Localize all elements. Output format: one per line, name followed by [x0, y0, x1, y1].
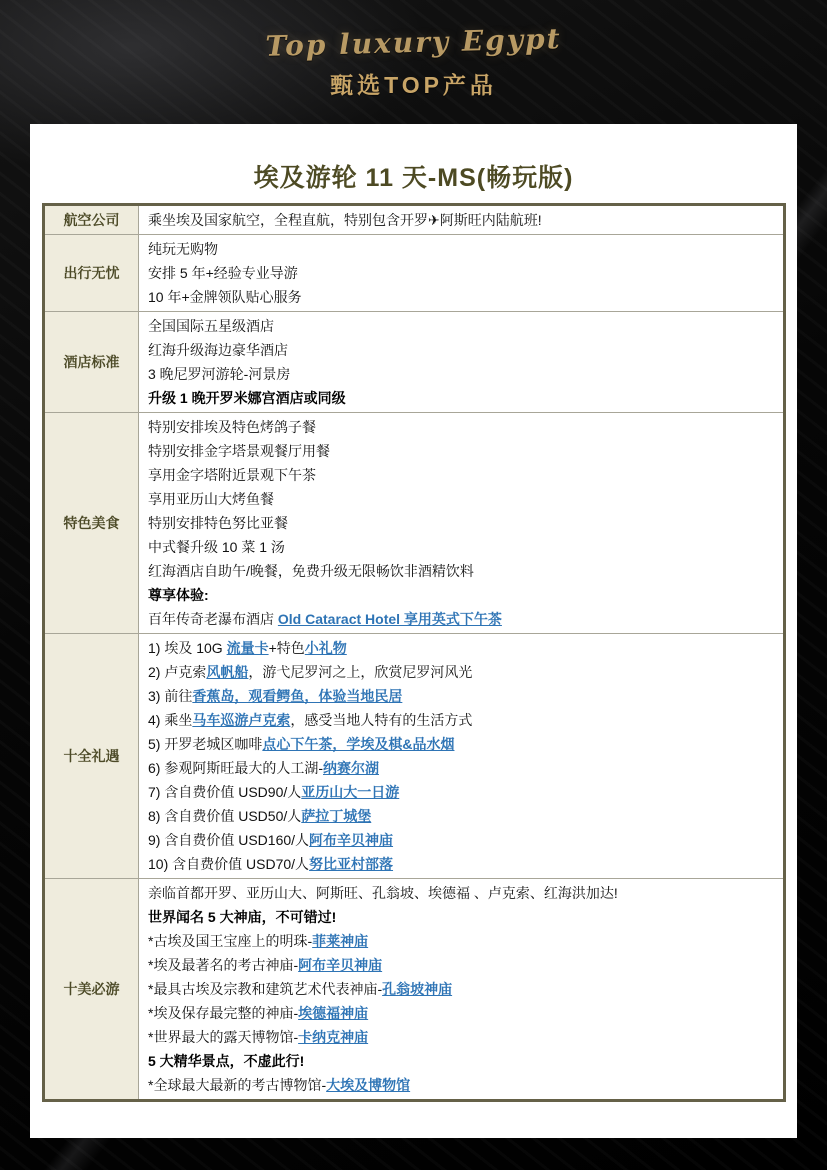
text: 6) 参观阿斯旺最大的人工湖-: [148, 760, 323, 776]
content-line: 亲临首都开罗、亚历山大、阿斯旺、孔翁坡、埃德福 、卢克索、红海洪加达!: [148, 881, 777, 905]
text: +特色: [269, 640, 305, 656]
text: 3) 前往: [148, 688, 192, 704]
table-row: 十全礼遇1) 埃及 10G 流量卡+特色小礼物2) 卢克索风帆船，游弋尼罗河之上…: [44, 634, 785, 879]
text: 纯玩无购物: [148, 241, 218, 257]
row-label: 酒店标准: [44, 312, 139, 413]
content-line: 红海升级海边豪华酒店: [148, 338, 777, 362]
link-text[interactable]: 孔翁坡神庙: [382, 981, 452, 997]
text: 10 年+金牌领队贴心服务: [148, 289, 302, 305]
content-line: 全国国际五星级酒店: [148, 314, 777, 338]
row-label: 十美必游: [44, 879, 139, 1101]
content-line: 尊享体验:: [148, 583, 777, 607]
content-line: 红海酒店自助午/晚餐，免费升级无限畅饮非酒精饮料: [148, 559, 777, 583]
content-line: 世界闻名 5 大神庙，不可错过!: [148, 905, 777, 929]
text: 特别安排特色努比亚餐: [148, 515, 288, 531]
content-line: 百年传奇老瀑布酒店 Old Cataract Hotel 享用英式下午茶: [148, 607, 777, 631]
link-text[interactable]: 小礼物: [305, 640, 347, 656]
content-line: 8) 含自费价值 USD50/人萨拉丁城堡: [148, 804, 777, 828]
row-content: 纯玩无购物安排 5 年+经验专业导游10 年+金牌领队贴心服务: [139, 235, 785, 312]
link-text[interactable]: 阿布辛贝神庙: [298, 957, 382, 973]
content-line: *全球最大最新的考古博物馆-大埃及博物馆: [148, 1073, 777, 1097]
table-row: 酒店标准全国国际五星级酒店红海升级海边豪华酒店3 晚尼罗河游轮-河景房升级 1 …: [44, 312, 785, 413]
text: 9) 含自费价值 USD160/人: [148, 832, 309, 848]
text: 红海酒店自助午/晚餐，免费升级无限畅饮非酒精饮料: [148, 563, 474, 579]
bold-text: 5 大精华景点，不虚此行!: [148, 1053, 304, 1069]
text: *埃及最著名的考古神庙-: [148, 957, 298, 973]
content-line: 2) 卢克索风帆船，游弋尼罗河之上，欣赏尼罗河风光: [148, 660, 777, 684]
content-line: 安排 5 年+经验专业导游: [148, 261, 777, 285]
brand-header: Top luxury Egypt 甄选TOP产品: [0, 26, 827, 100]
text: *最具古埃及宗教和建筑艺术代表神庙-: [148, 981, 382, 997]
link-text[interactable]: 萨拉丁城堡: [301, 808, 371, 824]
text: 1) 埃及 10G: [148, 640, 227, 656]
text: 特别安排金字塔景观餐厅用餐: [148, 443, 330, 459]
content-card: 埃及游轮 11 天-MS(畅玩版) 航空公司乘坐埃及国家航空，全程直航，特别包含…: [30, 124, 797, 1138]
content-line: *埃及最著名的考古神庙-阿布辛贝神庙: [148, 953, 777, 977]
content-line: *最具古埃及宗教和建筑艺术代表神庙-孔翁坡神庙: [148, 977, 777, 1001]
content-line: 3) 前往香蕉岛，观看鳄鱼，体验当地民居: [148, 684, 777, 708]
content-line: 升级 1 晚开罗米娜宫酒店或同级: [148, 386, 777, 410]
content-line: 特别安排埃及特色烤鸽子餐: [148, 415, 777, 439]
text: 中式餐升级 10 菜 1 汤: [148, 539, 285, 555]
text: 8) 含自费价值 USD50/人: [148, 808, 301, 824]
text: 7) 含自费价值 USD90/人: [148, 784, 301, 800]
content-line: 乘坐埃及国家航空，全程直航，特别包含开罗✈阿斯旺内陆航班!: [148, 208, 777, 232]
row-content: 1) 埃及 10G 流量卡+特色小礼物2) 卢克索风帆船，游弋尼罗河之上，欣赏尼…: [139, 634, 785, 879]
text: 全国国际五星级酒店: [148, 318, 274, 334]
link-text[interactable]: 卡纳克神庙: [298, 1029, 368, 1045]
content-line: 5 大精华景点，不虚此行!: [148, 1049, 777, 1073]
row-content: 全国国际五星级酒店红海升级海边豪华酒店3 晚尼罗河游轮-河景房升级 1 晚开罗米…: [139, 312, 785, 413]
link-text[interactable]: 风帆船: [206, 664, 248, 680]
content-line: 享用金字塔附近景观下午茶: [148, 463, 777, 487]
text: 安排 5 年+经验专业导游: [148, 265, 298, 281]
content-line: 特别安排金字塔景观餐厅用餐: [148, 439, 777, 463]
text: ，感受当地人特有的生活方式: [290, 712, 472, 728]
text: 特别安排埃及特色烤鸽子餐: [148, 419, 316, 435]
text: 百年传奇老瀑布酒店: [148, 611, 278, 627]
text: 10) 含自费价值 USD70/人: [148, 856, 309, 872]
row-label: 十全礼遇: [44, 634, 139, 879]
text: 享用金字塔附近景观下午茶: [148, 467, 316, 483]
row-content: 亲临首都开罗、亚历山大、阿斯旺、孔翁坡、埃德福 、卢克索、红海洪加达!世界闻名 …: [139, 879, 785, 1101]
text: 乘坐埃及国家航空，全程直航，特别包含开罗: [148, 212, 428, 228]
link-text[interactable]: 阿布辛贝神庙: [309, 832, 393, 848]
text: 阿斯旺内陆航班!: [440, 212, 542, 228]
row-content: 乘坐埃及国家航空，全程直航，特别包含开罗✈阿斯旺内陆航班!: [139, 205, 785, 235]
bold-text: 升级 1 晚开罗米娜宫酒店或同级: [148, 390, 346, 406]
bold-text: 世界闻名 5 大神庙，不可错过!: [148, 909, 336, 925]
brand-name: 甄选TOP产品: [0, 67, 827, 100]
content-line: *世界最大的露天博物馆-卡纳克神庙: [148, 1025, 777, 1049]
page-title: 埃及游轮 11 天-MS(畅玩版): [30, 158, 797, 194]
text: 红海升级海边豪华酒店: [148, 342, 288, 358]
content-line: 9) 含自费价值 USD160/人阿布辛贝神庙: [148, 828, 777, 852]
content-line: 10) 含自费价值 USD70/人努比亚村部落: [148, 852, 777, 876]
text: 2) 卢克索: [148, 664, 206, 680]
content-line: 纯玩无购物: [148, 237, 777, 261]
link-text[interactable]: Old Cataract Hotel 享用英式下午茶: [278, 611, 502, 627]
text: 享用亚历山大烤鱼餐: [148, 491, 274, 507]
content-line: *古埃及国王宝座上的明珠-菲莱神庙: [148, 929, 777, 953]
text: 3 晚尼罗河游轮-河景房: [148, 366, 290, 382]
text: 亲临首都开罗、亚历山大、阿斯旺、孔翁坡、埃德福 、卢克索、红海洪加达!: [148, 885, 618, 901]
link-text[interactable]: 香蕉岛，观看鳄鱼，体验当地民居: [192, 688, 402, 704]
content-line: 3 晚尼罗河游轮-河景房: [148, 362, 777, 386]
link-text[interactable]: 流量卡: [227, 640, 269, 656]
table-row: 航空公司乘坐埃及国家航空，全程直航，特别包含开罗✈阿斯旺内陆航班!: [44, 205, 785, 235]
row-label: 出行无忧: [44, 235, 139, 312]
link-text[interactable]: 努比亚村部落: [309, 856, 393, 872]
airplane-icon: ✈: [428, 212, 440, 228]
content-line: 4) 乘坐马车巡游卢克索，感受当地人特有的生活方式: [148, 708, 777, 732]
text: *古埃及国王宝座上的明珠-: [148, 933, 312, 949]
content-line: 享用亚历山大烤鱼餐: [148, 487, 777, 511]
link-text[interactable]: 菲莱神庙: [312, 933, 368, 949]
text: 4) 乘坐: [148, 712, 192, 728]
link-text[interactable]: 大埃及博物馆: [326, 1077, 410, 1093]
link-text[interactable]: 埃德福神庙: [298, 1005, 368, 1021]
link-text[interactable]: 点心下午茶，学埃及棋&品水烟: [262, 736, 454, 752]
content-line: 特别安排特色努比亚餐: [148, 511, 777, 535]
text: 5) 开罗老城区咖啡: [148, 736, 262, 752]
text: ，游弋尼罗河之上，欣赏尼罗河风光: [248, 664, 472, 680]
link-text[interactable]: 纳赛尔湖: [323, 760, 379, 776]
content-line: 6) 参观阿斯旺最大的人工湖-纳赛尔湖: [148, 756, 777, 780]
content-line: *埃及保存最完整的神庙-埃德福神庙: [148, 1001, 777, 1025]
content-line: 5) 开罗老城区咖啡点心下午茶，学埃及棋&品水烟: [148, 732, 777, 756]
row-label: 特色美食: [44, 413, 139, 634]
text: *世界最大的露天博物馆-: [148, 1029, 298, 1045]
content-line: 1) 埃及 10G 流量卡+特色小礼物: [148, 636, 777, 660]
table-row: 十美必游亲临首都开罗、亚历山大、阿斯旺、孔翁坡、埃德福 、卢克索、红海洪加达!世…: [44, 879, 785, 1101]
content-line: 7) 含自费价值 USD90/人亚历山大一日游: [148, 780, 777, 804]
row-label: 航空公司: [44, 205, 139, 235]
text: *埃及保存最完整的神庙-: [148, 1005, 298, 1021]
link-text[interactable]: 亚历山大一日游: [301, 784, 399, 800]
info-table: 航空公司乘坐埃及国家航空，全程直航，特别包含开罗✈阿斯旺内陆航班!出行无忧纯玩无…: [42, 203, 786, 1102]
text: *全球最大最新的考古博物馆-: [148, 1077, 326, 1093]
row-content: 特别安排埃及特色烤鸽子餐特别安排金字塔景观餐厅用餐享用金字塔附近景观下午茶享用亚…: [139, 413, 785, 634]
content-line: 中式餐升级 10 菜 1 汤: [148, 535, 777, 559]
content-line: 10 年+金牌领队贴心服务: [148, 285, 777, 309]
link-text[interactable]: 马车巡游卢克索: [192, 712, 290, 728]
bold-text: 尊享体验:: [148, 587, 209, 603]
table-row: 出行无忧纯玩无购物安排 5 年+经验专业导游10 年+金牌领队贴心服务: [44, 235, 785, 312]
table-row: 特色美食特别安排埃及特色烤鸽子餐特别安排金字塔景观餐厅用餐享用金字塔附近景观下午…: [44, 413, 785, 634]
